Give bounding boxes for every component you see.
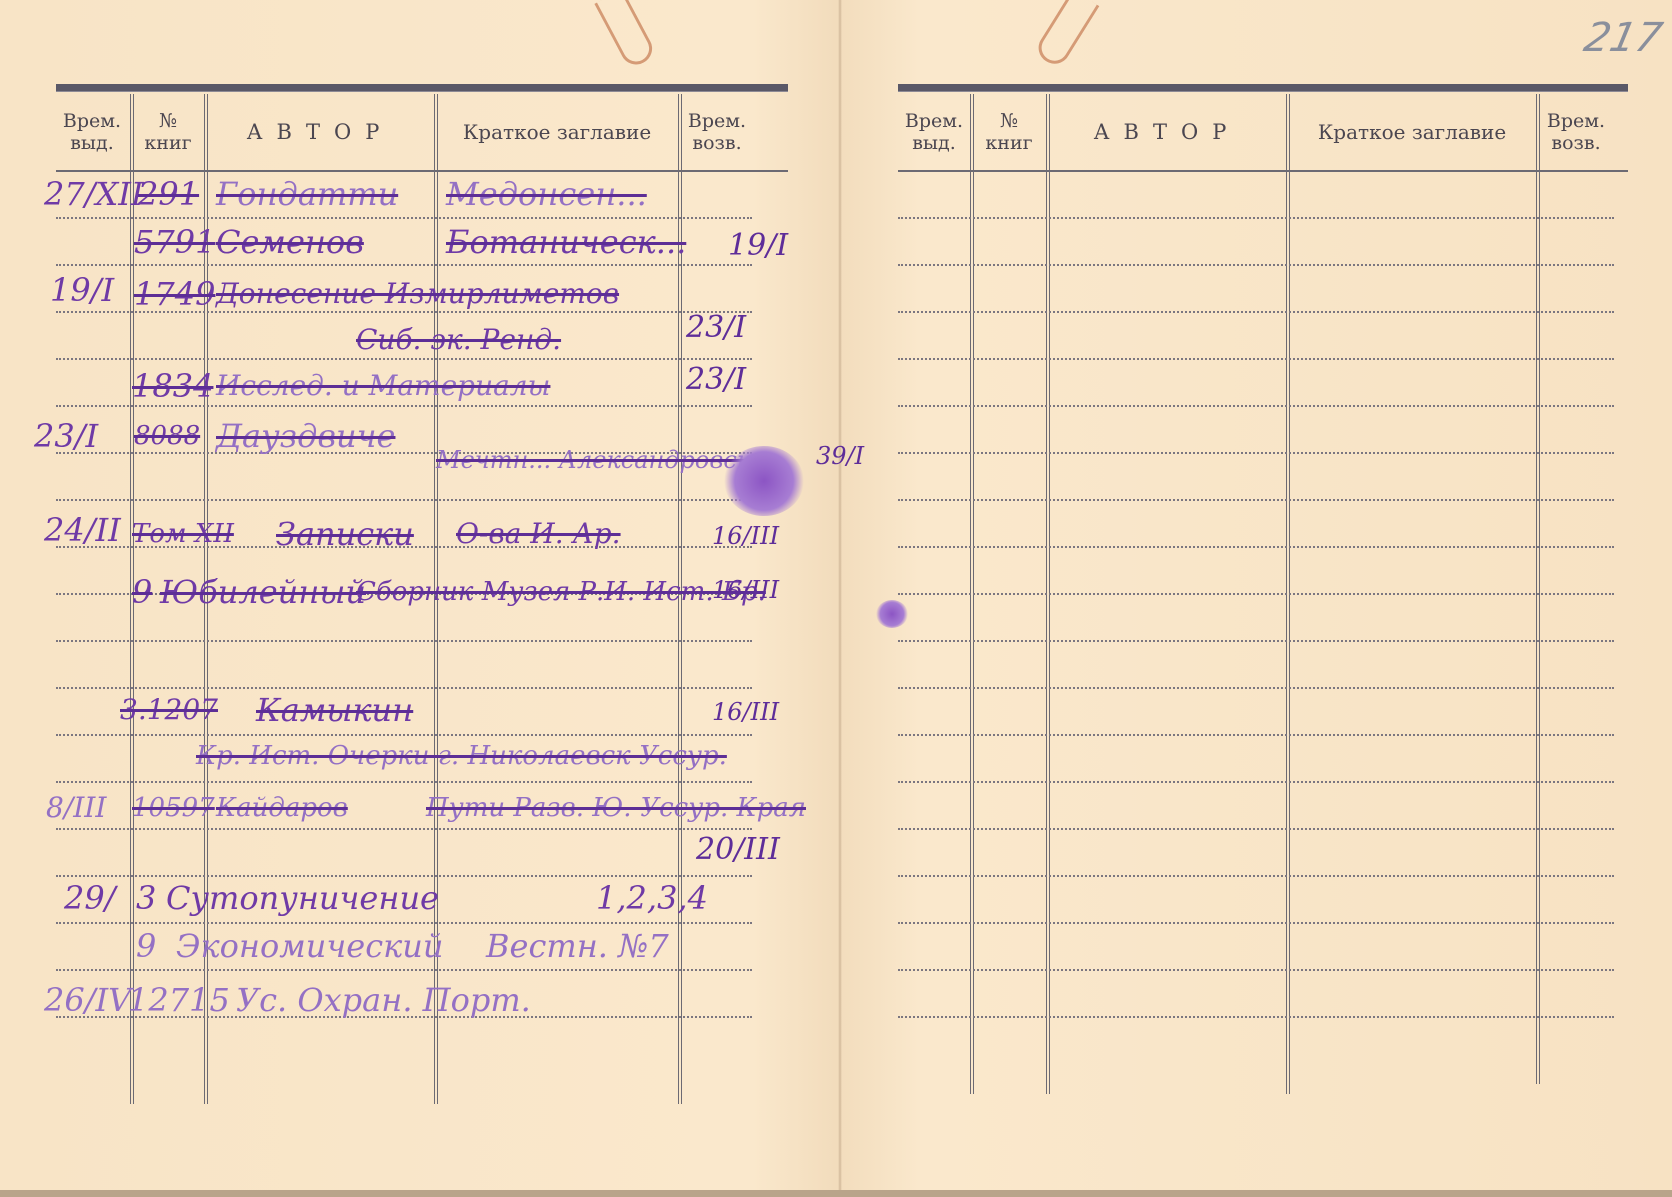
entry-book-no: 1749 [134, 276, 215, 312]
entry-author: Кайдаров [216, 790, 348, 826]
entry-book-no: 5791 [134, 224, 215, 260]
entry-title: Кр. Ист. Очерки г. Николаевск Уссур. [196, 738, 727, 774]
entry-book-no: 8088 [134, 418, 200, 454]
entry-author: Ус. Охран. Порт. [236, 982, 531, 1018]
entry-book-no: 3.1207 [120, 692, 218, 728]
entry-issued: 24/II [44, 512, 121, 548]
entry-author: Юбилейный [160, 574, 366, 610]
entry-returned: 39/I [816, 442, 864, 470]
entry-returned: 16/III [712, 698, 779, 726]
entry-returned: 16/III [712, 522, 779, 550]
row-rule [898, 593, 1614, 595]
row-rule [56, 264, 752, 266]
row-rule [898, 217, 1614, 219]
row-rule [898, 499, 1614, 501]
entry-book-no: Том XII [132, 516, 234, 552]
table-header: Врем. выд. № книг АВТОР Краткое заглавие… [898, 94, 1628, 172]
header-author: АВТОР [208, 94, 432, 170]
row-rule [898, 781, 1614, 783]
entry-author: Семенов [216, 224, 364, 260]
right-page: Врем. выд. № книг АВТОР Краткое заглавие… [898, 84, 1628, 1102]
entry-book-no: 3 [136, 880, 156, 916]
header-returned: Врем. возв. [682, 94, 752, 170]
row-rule [56, 875, 752, 877]
row-rule [898, 875, 1614, 877]
entry-title: Сборник Музея Р.И. Ист. Бр. [356, 574, 766, 610]
row-rule [56, 734, 752, 736]
ink-blot [724, 446, 804, 516]
row-rule [898, 828, 1614, 830]
card-bottom-edge [0, 1190, 1672, 1197]
row-rule [56, 358, 752, 360]
entry-returned: 23/I [686, 310, 746, 345]
row-rule [898, 969, 1614, 971]
page-number: 217 [1580, 15, 1666, 61]
header-issued: Врем. выд. [56, 94, 128, 170]
entry-title: Медонсен... [446, 176, 647, 212]
entry-returned: 20/III [696, 832, 780, 867]
row-rule [898, 922, 1614, 924]
row-rule [56, 922, 752, 924]
header-issued: Врем. выд. [898, 94, 970, 170]
entry-title: Сиб. эк. Ренд. [356, 322, 561, 358]
header-title: Краткое заглавие [1290, 94, 1534, 170]
entry-book-no: 9 [136, 928, 156, 964]
entry-issued: 27/XII [44, 176, 144, 212]
entry-title: Мечтн... Александровск... [436, 442, 774, 478]
row-rule [898, 358, 1614, 360]
entry-book-no: 291 [138, 176, 199, 212]
entry-returned: 19/I [728, 228, 788, 263]
left-page: Врем. выд. № книг АВТОР Краткое заглавие… [56, 84, 788, 1102]
header-rule [898, 84, 1628, 92]
table-header: Врем. выд. № книг АВТОР Краткое заглавие… [56, 94, 788, 172]
entry-author: Гондатти [216, 176, 398, 212]
table-body: 27/XII 291 Гондатти Медонсен... 5791 Сем… [56, 172, 788, 1102]
entry-issued: 19/I [50, 272, 114, 308]
header-returned: Врем. возв. [1540, 94, 1612, 170]
row-rule [56, 499, 752, 501]
entry-author: Экономический [176, 928, 443, 964]
entry-title: Вестн. №7 [486, 928, 669, 964]
row-rule [56, 405, 752, 407]
entry-author: Сутопуничение [166, 880, 439, 916]
row-rule [56, 969, 752, 971]
header-book-no: № книг [974, 94, 1044, 170]
header-title: Краткое заглавие [438, 94, 676, 170]
row-rule [56, 217, 752, 219]
row-rule [898, 311, 1614, 313]
header-rule [56, 84, 788, 92]
row-rule [56, 828, 752, 830]
row-rule [56, 640, 752, 642]
entry-returned: 16/III [712, 576, 779, 604]
entry-author: Исслед. и Материалы [216, 368, 550, 404]
row-rule [898, 546, 1614, 548]
row-rule [898, 405, 1614, 407]
row-rule [56, 687, 752, 689]
table-body [898, 172, 1628, 1102]
row-rule [898, 734, 1614, 736]
entry-issued: 8/III [46, 790, 106, 826]
entry-book-no: 12715 [128, 982, 230, 1018]
entry-author: Записки [276, 516, 414, 552]
entry-returned: 23/I [686, 362, 746, 397]
center-fold [838, 0, 842, 1190]
row-rule [898, 687, 1614, 689]
entry-book-no: 9 [132, 574, 152, 610]
entry-book-no: 10597 [132, 790, 215, 826]
entry-title: Пути Разв. Ю.-Уссур. Края [426, 790, 806, 826]
row-rule [56, 781, 752, 783]
entry-author: Дауздвиче [216, 418, 395, 454]
header-book-no: № книг [134, 94, 202, 170]
entry-author: Донесение Измирлиметов [216, 276, 619, 312]
row-rule [898, 640, 1614, 642]
row-rule [898, 264, 1614, 266]
entry-title: 1,2,3,4 [596, 880, 708, 916]
row-rule [898, 1016, 1614, 1018]
entry-book-no: 1834 [132, 368, 213, 404]
entry-title: Ботаническ... [446, 224, 686, 260]
row-rule [898, 452, 1614, 454]
entry-issued: 23/I [34, 418, 98, 454]
entry-issued: 29/ [64, 880, 116, 916]
header-author: АВТОР [1050, 94, 1284, 170]
entry-author: Камыкин [256, 692, 413, 728]
entry-issued: 26/IV [44, 982, 131, 1018]
entry-title: О-ва И. Ар. [456, 516, 621, 552]
